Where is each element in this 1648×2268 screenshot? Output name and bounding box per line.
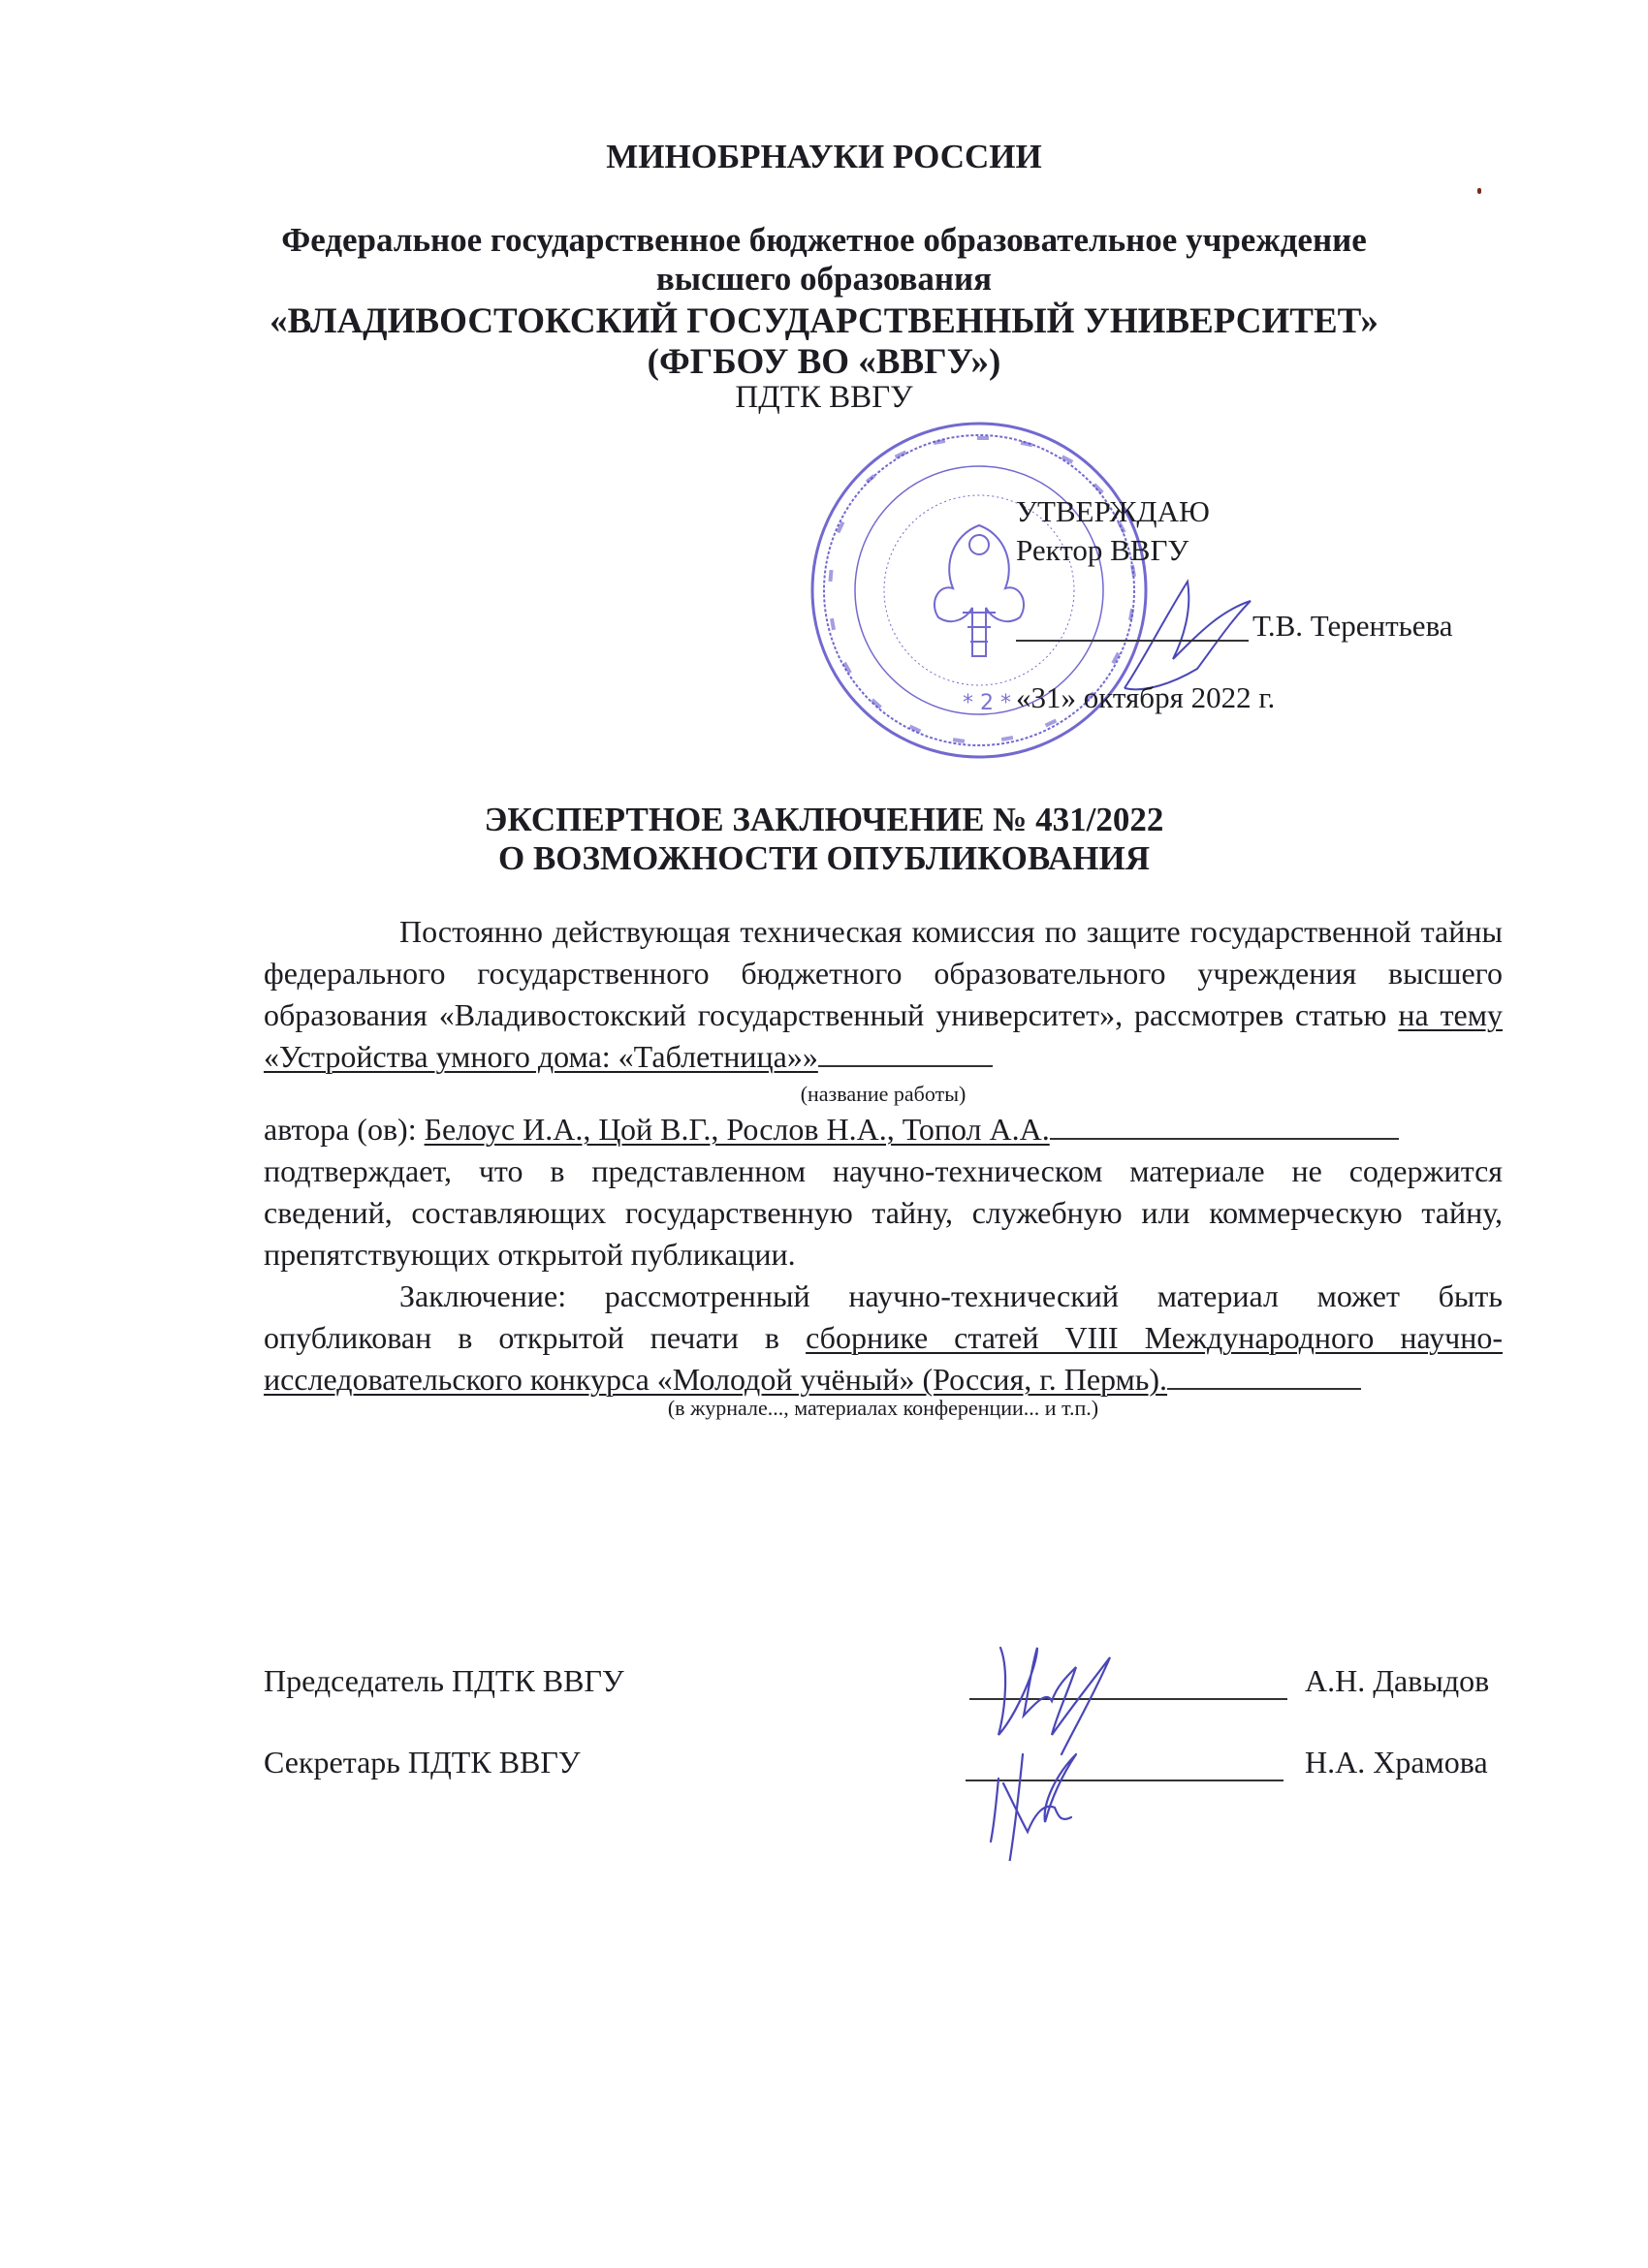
- scan-speck: [1477, 188, 1481, 194]
- authors-list: Белоус И.А., Цой В.Г., Рослов Н.А., Топо…: [425, 1112, 1050, 1147]
- university-abbreviation: (ФГБОУ ВО «ВВГУ»): [0, 341, 1648, 383]
- confirmation-block: автора (ов): Белоус И.А., Цой В.Г., Росл…: [264, 1109, 1503, 1401]
- commission-name: ПДТК ВВГУ: [0, 380, 1648, 416]
- confirmation-text: подтверждает, что в представленном научн…: [264, 1150, 1503, 1276]
- authors-fill-line: [1050, 1138, 1399, 1140]
- approve-label: УТВЕРЖДАЮ: [1016, 492, 1210, 531]
- intro-text: Постоянно действующая техническая комисс…: [264, 914, 1503, 1032]
- document-title: ЭКСПЕРТНОЕ ЗАКЛЮЧЕНИЕ № 431/2022: [0, 801, 1648, 839]
- svg-text:* 2 *: * 2 *: [963, 691, 1011, 715]
- secretary-name: Н.А. Храмова: [1305, 1745, 1488, 1780]
- ministry-heading: МИНОБРНАУКИ РОССИИ: [0, 138, 1648, 176]
- publication-caption: (в журнале..., материалах конференции...…: [264, 1396, 1503, 1421]
- chair-role: Председатель ПДТК ВВГУ: [264, 1663, 624, 1699]
- handwritten-signatures-icon: [931, 1609, 1241, 1861]
- rector-name: Т.В. Терентьева: [1252, 609, 1453, 644]
- secretary-role: Секретарь ПДТК ВВГУ: [264, 1745, 581, 1780]
- commission-statement: Постоянно действующая техническая комисс…: [264, 911, 1503, 1078]
- rector-signature-icon: [1086, 543, 1280, 698]
- publication-fill-line: [1167, 1388, 1361, 1390]
- approval-date: «31» октября 2022 г.: [1016, 680, 1275, 715]
- authors-label: автора (ов):: [264, 1112, 425, 1147]
- chair-name: А.Н. Давыдов: [1305, 1663, 1489, 1699]
- topic-fill-line: [818, 1065, 993, 1067]
- institution-line-1: Федеральное государственное бюджетное об…: [0, 221, 1648, 260]
- topic-caption: (название работы): [264, 1082, 1503, 1107]
- university-name: «ВЛАДИВОСТОКСКИЙ ГОСУДАРСТВЕННЫЙ УНИВЕРС…: [0, 300, 1648, 342]
- institution-line-2: высшего образования: [0, 260, 1648, 299]
- document-subtitle: О ВОЗМОЖНОСТИ ОПУБЛИКОВАНИЯ: [0, 839, 1648, 878]
- rector-signature-line: [1016, 640, 1249, 642]
